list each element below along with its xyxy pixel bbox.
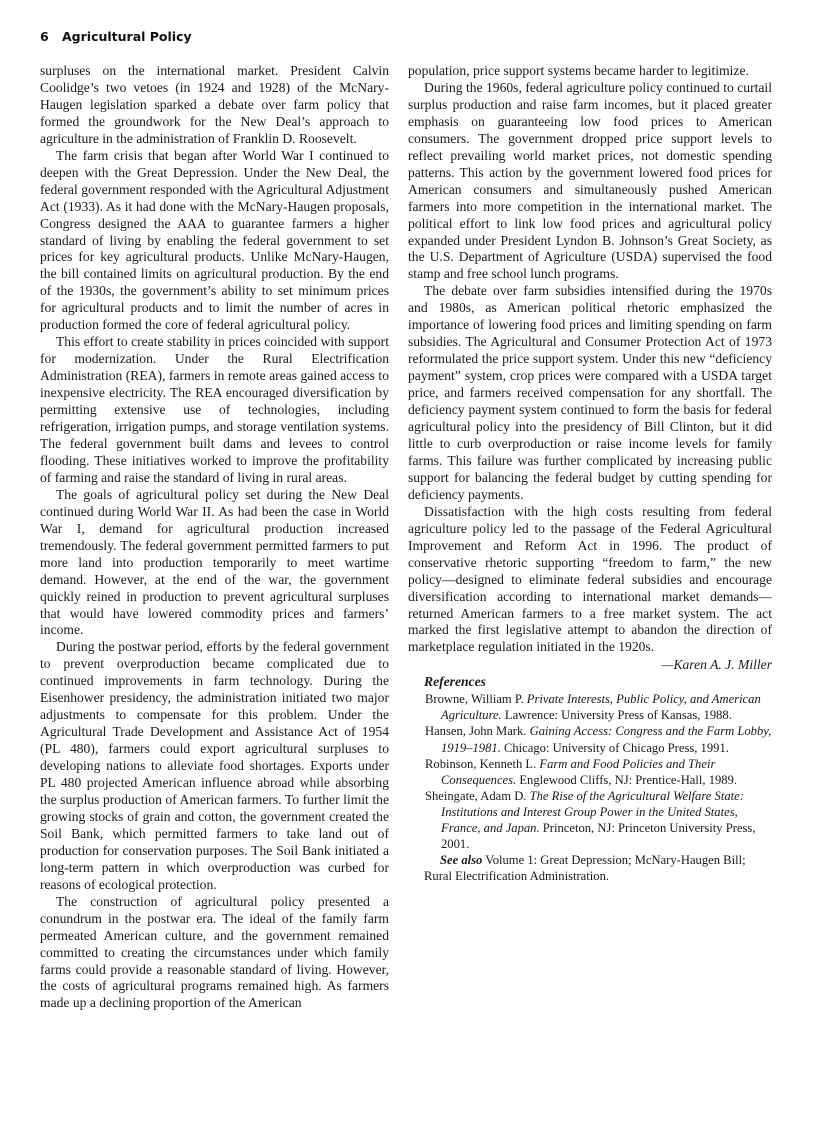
reference-item: Robinson, Kenneth L. Farm and Food Polic… bbox=[425, 756, 772, 788]
reference-item: Browne, William P. Private Interests, Pu… bbox=[425, 691, 772, 723]
reference-author: Robinson, Kenneth L. bbox=[425, 757, 539, 771]
see-also: See also Volume 1: Great Depression; McN… bbox=[408, 852, 772, 884]
body-paragraph: During the 1960s, federal agriculture po… bbox=[408, 80, 772, 283]
references-heading: References bbox=[408, 674, 772, 691]
running-title: Agricultural Policy bbox=[62, 29, 192, 44]
reference-publisher: Lawrence: University Press of Kansas, 19… bbox=[502, 708, 732, 722]
reference-author: Hansen, John Mark. bbox=[425, 724, 530, 738]
body-paragraph: The farm crisis that began after World W… bbox=[40, 148, 389, 334]
running-header: 6Agricultural Policy bbox=[40, 29, 192, 44]
left-column: surpluses on the international market. P… bbox=[40, 63, 389, 1012]
body-paragraph: population, price support systems became… bbox=[408, 63, 772, 80]
reference-publisher: Chicago: University of Chicago Press, 19… bbox=[501, 741, 729, 755]
body-paragraph: The construction of agricultural policy … bbox=[40, 894, 389, 1013]
body-paragraph: Dissatisfaction with the high costs resu… bbox=[408, 504, 772, 657]
see-also-label: See also bbox=[440, 853, 482, 867]
body-paragraph: This effort to create stability in price… bbox=[40, 334, 389, 487]
body-paragraph: During the postwar period, efforts by th… bbox=[40, 639, 389, 893]
right-column: population, price support systems became… bbox=[408, 63, 772, 884]
body-paragraph: The debate over farm subsidies intensifi… bbox=[408, 283, 772, 503]
reference-item: Sheingate, Adam D. The Rise of the Agric… bbox=[425, 788, 772, 852]
author-signature: —Karen A. J. Miller bbox=[408, 656, 772, 674]
reference-author: Sheingate, Adam D. bbox=[425, 789, 530, 803]
reference-publisher: Englewood Cliffs, NJ: Prentice-Hall, 198… bbox=[516, 773, 737, 787]
reference-item: Hansen, John Mark. Gaining Access: Congr… bbox=[425, 723, 772, 755]
page-number: 6 bbox=[40, 29, 62, 44]
body-paragraph: surpluses on the international market. P… bbox=[40, 63, 389, 148]
body-paragraph: The goals of agricultural policy set dur… bbox=[40, 487, 389, 640]
references-list: Browne, William P. Private Interests, Pu… bbox=[408, 691, 772, 852]
reference-author: Browne, William P. bbox=[425, 692, 527, 706]
